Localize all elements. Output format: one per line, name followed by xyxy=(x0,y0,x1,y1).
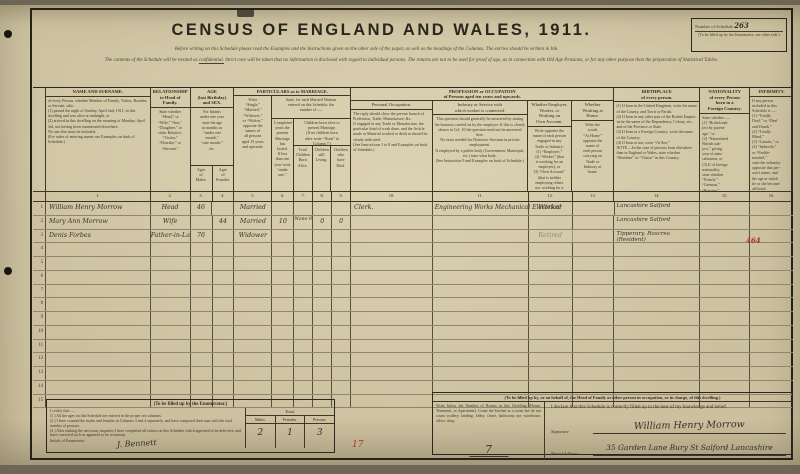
cell: Lancashire Salford xyxy=(614,216,700,229)
table-row: 6 xyxy=(33,271,793,285)
cell xyxy=(573,285,615,298)
census-table: NAME AND SURNAME. of every Person, wheth… xyxy=(33,87,793,408)
cell xyxy=(191,243,213,256)
cell xyxy=(313,326,332,339)
cell xyxy=(212,202,234,215)
column-number: 2. xyxy=(151,192,191,201)
cell xyxy=(294,243,313,256)
cell xyxy=(332,326,351,339)
head-signature: William Henry Morrow xyxy=(634,419,745,432)
column-number: 6. xyxy=(272,192,294,201)
cell xyxy=(213,298,235,311)
cell xyxy=(700,243,750,256)
cell: Married xyxy=(234,202,272,215)
cell xyxy=(294,298,313,311)
cell xyxy=(313,257,332,270)
table-row: 2Mary Ann MorrowWife44Married10None 000L… xyxy=(33,216,793,230)
column-number-row: 1. 2. 3. 4. 5. 6. 7. 8. 9. 10. 11. 12. 1… xyxy=(33,192,793,202)
cell xyxy=(700,202,750,215)
cell xyxy=(700,326,750,339)
column-number: 14. xyxy=(614,192,700,201)
cell xyxy=(313,230,332,243)
cell xyxy=(614,257,700,270)
cell xyxy=(750,202,793,215)
cell xyxy=(332,353,351,366)
table-row: 13 xyxy=(33,367,793,381)
cell xyxy=(614,285,700,298)
header-marital-status: Write “Single,” “Married,” “Widower,” or… xyxy=(234,96,272,191)
cell xyxy=(614,326,700,339)
cell xyxy=(191,271,213,284)
header-age-body: For Infants under one year state the age… xyxy=(191,108,234,165)
header-marriage-intro: State, for each Married Woman entered on… xyxy=(272,96,350,119)
cell: William Henry Morrow xyxy=(46,202,151,215)
column-number: 7. xyxy=(294,192,313,201)
cell xyxy=(332,271,351,284)
cell xyxy=(191,298,213,311)
header-years-married: Completed years the present Marriage has… xyxy=(272,119,294,191)
cell xyxy=(294,367,313,380)
cell xyxy=(332,298,351,311)
cell xyxy=(272,202,294,215)
table-row: 4 xyxy=(33,243,793,257)
row-number: 3 xyxy=(33,230,46,243)
cell xyxy=(700,340,750,353)
header-marriage-group: PARTICULARS as to MARRIAGE. Write “Singl… xyxy=(234,88,351,191)
cell xyxy=(234,312,272,325)
cell xyxy=(272,381,294,394)
cell: Denis Forbes xyxy=(46,230,151,243)
column-number: 16. xyxy=(750,192,793,201)
confidential-pre: The contents of the Schedule will be tre… xyxy=(105,58,199,63)
cell xyxy=(529,216,573,229)
cell xyxy=(151,312,191,325)
cell: Married xyxy=(234,216,272,229)
cell xyxy=(433,312,529,325)
cell xyxy=(294,257,313,270)
declaration-box: I declare that this Schedule is correctl… xyxy=(545,402,792,459)
cell xyxy=(750,298,793,311)
cell xyxy=(351,243,433,256)
row-number: 6 xyxy=(33,271,46,284)
header-name: NAME AND SURNAME. of every Person, wheth… xyxy=(46,88,151,191)
cell xyxy=(529,285,573,298)
cell xyxy=(351,395,433,408)
row-number: 14 xyxy=(33,381,46,394)
cell xyxy=(573,312,615,325)
cell xyxy=(151,243,191,256)
cell xyxy=(272,271,294,284)
cell: 46 xyxy=(191,202,213,215)
column-number: 4. xyxy=(213,192,235,201)
cell xyxy=(294,202,313,215)
totals-persons-value: 3 xyxy=(305,424,334,448)
cell xyxy=(573,202,615,215)
cell xyxy=(573,298,615,311)
table-row: 8 xyxy=(33,298,793,312)
cell xyxy=(750,216,793,229)
header-age-subcolumns: Ages of Males. Ages of Females. xyxy=(191,165,234,191)
form-frame: CENSUS OF ENGLAND AND WALES, 1911. Numbe… xyxy=(30,8,793,460)
cell xyxy=(700,285,750,298)
cell xyxy=(614,312,700,325)
table-row: 12 xyxy=(33,353,793,367)
cell xyxy=(272,340,294,353)
row-number: 13 xyxy=(33,367,46,380)
column-number: 1. xyxy=(46,192,151,201)
rooms-box: Write below the Number of Rooms in this … xyxy=(433,402,545,459)
cell xyxy=(313,340,332,353)
head-of-family-panel: (To be filled up by, or on behalf of, th… xyxy=(432,392,793,455)
header-nationality: NATIONALITY of every Person born in a Fo… xyxy=(700,88,750,191)
cell xyxy=(573,340,615,353)
cell xyxy=(213,243,235,256)
header-birthplace-title: BIRTHPLACE of every person. xyxy=(614,88,699,102)
cell xyxy=(573,216,615,229)
schedule-number-box: Number of Schedule 263 (To be filled up … xyxy=(691,18,787,52)
cell xyxy=(213,271,235,284)
cell: None 0 xyxy=(294,216,313,229)
cell xyxy=(351,216,433,229)
cell: Tipperary. Roscrea (Resident) xyxy=(614,230,700,243)
census-schedule-page: CENSUS OF ENGLAND AND WALES, 1911. Numbe… xyxy=(0,5,800,465)
cell xyxy=(272,298,294,311)
cell xyxy=(573,271,615,284)
row-number: 15 xyxy=(33,395,46,408)
cell xyxy=(213,230,235,243)
cell xyxy=(151,326,191,339)
header-marriage-title: PARTICULARS as to MARRIAGE. xyxy=(234,88,350,96)
cell xyxy=(700,367,750,380)
header-age: AGE (last Birthday) and SEX. For Infants… xyxy=(191,88,235,191)
cell: 44 xyxy=(213,216,235,229)
header-industry: Industry or Service with which worker is… xyxy=(433,101,528,191)
cell xyxy=(191,257,213,270)
cell xyxy=(700,257,750,270)
cell xyxy=(46,381,151,394)
cell xyxy=(700,353,750,366)
cell xyxy=(750,271,793,284)
column-number: 10. xyxy=(351,192,433,201)
enumerator-certification: I certify that :— (1.) All the ages on t… xyxy=(47,408,245,448)
cell: 10 xyxy=(272,216,294,229)
cell xyxy=(294,230,313,243)
cell xyxy=(750,340,793,353)
cell xyxy=(313,298,332,311)
table-row: 11 xyxy=(33,340,793,354)
cell xyxy=(46,243,151,256)
schedule-number-note: (To be filled up by the Enumerator, see … xyxy=(695,33,783,38)
cell xyxy=(272,257,294,270)
cell xyxy=(750,367,793,380)
cell xyxy=(213,326,235,339)
cell xyxy=(529,312,573,325)
cell xyxy=(46,271,151,284)
cell xyxy=(46,312,151,325)
totals-females-label: Females. xyxy=(276,416,306,424)
declaration-text: I declare that this Schedule is correctl… xyxy=(551,405,786,412)
cell xyxy=(234,257,272,270)
cell xyxy=(151,381,191,394)
row-number: 4 xyxy=(33,243,46,256)
cell: Wife xyxy=(151,216,191,229)
cell xyxy=(272,285,294,298)
cell xyxy=(234,285,272,298)
cell: Head xyxy=(151,202,191,215)
cell: Lancashire Salford xyxy=(615,202,701,215)
cell xyxy=(234,298,272,311)
cell xyxy=(234,326,272,339)
cell xyxy=(234,353,272,366)
cell xyxy=(313,202,332,215)
cell xyxy=(700,271,750,284)
cell xyxy=(313,353,332,366)
punch-hole xyxy=(4,30,12,38)
column-number: 9. xyxy=(332,192,351,201)
column-number: 15. xyxy=(700,192,750,201)
row-number: 5 xyxy=(33,257,46,270)
cell xyxy=(529,326,573,339)
header-children-group: Children born alive to present Marriage.… xyxy=(294,119,350,191)
cell: Engineering Works Mechanical Electrical xyxy=(433,202,529,215)
cell xyxy=(573,230,615,243)
header-children-note: Children born alive to present Marriage.… xyxy=(294,119,350,146)
rooms-note: Write below the Number of Rooms in this … xyxy=(436,404,541,424)
cell xyxy=(313,367,332,380)
certify-text: I certify that :— (1.) All the ages on t… xyxy=(50,409,242,438)
row-number-column-header xyxy=(33,88,46,191)
header-personal-occupation: Personal Occupation. The reply should sh… xyxy=(351,101,432,191)
header-occupation-group: PROFESSION or OCCUPATION of Persons aged… xyxy=(351,88,614,191)
row-number: 1 xyxy=(33,202,46,215)
column-number: 12. xyxy=(529,192,573,201)
cell: 0 xyxy=(332,216,351,229)
cell xyxy=(294,285,313,298)
header-children-died: Children who have Died. xyxy=(331,146,350,191)
instructions-line1: Before writing on this Schedule please r… xyxy=(92,47,641,54)
header-birthplace-body: (1) If born in the United Kingdom, write… xyxy=(614,102,699,191)
cell: Worker xyxy=(529,202,573,215)
instructions-line2: The contents of the Schedule will be tre… xyxy=(44,58,779,65)
header-nationality-body: State whether :— (1) “British sub- ject … xyxy=(700,114,749,191)
cell xyxy=(313,285,332,298)
red-annotation-code: 464 xyxy=(746,236,761,245)
cell xyxy=(234,271,272,284)
cell xyxy=(529,271,573,284)
cell xyxy=(272,353,294,366)
red-annotation-mark: 17 xyxy=(352,440,363,450)
column-number: 5. xyxy=(234,192,272,201)
totals-males-label: Males. xyxy=(246,416,276,424)
table-row: 9 xyxy=(33,312,793,326)
confidential-word: confidential. xyxy=(199,58,224,64)
cell xyxy=(529,243,573,256)
cell xyxy=(614,340,700,353)
totals-title: Total. xyxy=(246,408,334,416)
cell xyxy=(213,312,235,325)
header-occupation-title: PROFESSION or OCCUPATION of Persons aged… xyxy=(351,88,613,101)
cell xyxy=(332,257,351,270)
column-number: 8. xyxy=(313,192,332,201)
cell xyxy=(573,367,615,380)
header-children-born: Total Children Born Alive. xyxy=(294,146,313,191)
cell xyxy=(46,326,151,339)
enumerator-signature: J. Bennett xyxy=(117,438,157,450)
cell xyxy=(700,216,750,229)
table-row: 10 xyxy=(33,326,793,340)
cell xyxy=(151,271,191,284)
cell xyxy=(433,243,529,256)
row-number: 10 xyxy=(33,326,46,339)
cell xyxy=(294,353,313,366)
totals-males-value: 2 xyxy=(246,424,276,448)
cell: 0 xyxy=(313,216,332,229)
cell xyxy=(151,285,191,298)
cell xyxy=(151,257,191,270)
cell: Mary Ann Morrow xyxy=(46,216,151,229)
cell xyxy=(433,271,529,284)
row-number: 8 xyxy=(33,298,46,311)
cell xyxy=(191,353,213,366)
cell xyxy=(234,381,272,394)
cell xyxy=(614,243,700,256)
cell xyxy=(151,367,191,380)
punch-hole xyxy=(4,267,12,275)
totals-persons-label: Persons. xyxy=(305,416,334,424)
column-number: 13. xyxy=(573,192,615,201)
cell xyxy=(750,353,793,366)
row-number: 9 xyxy=(33,312,46,325)
table-header: NAME AND SURNAME. of every Person, wheth… xyxy=(33,88,793,192)
header-infirmity-body: If any person included in this Schedule … xyxy=(750,97,793,191)
cell xyxy=(332,312,351,325)
cell xyxy=(332,381,351,394)
cell xyxy=(351,381,433,394)
header-age-title: AGE (last Birthday) and SEX. xyxy=(191,88,234,108)
cell xyxy=(351,312,433,325)
cell xyxy=(213,340,235,353)
cell xyxy=(433,285,529,298)
cell xyxy=(614,367,700,380)
enumerator-box: (To be filled up by the Enumerator.) I c… xyxy=(46,399,335,453)
cell xyxy=(313,243,332,256)
cell xyxy=(191,326,213,339)
cell xyxy=(191,381,213,394)
cell xyxy=(351,298,433,311)
cell xyxy=(529,298,573,311)
header-working-at-home: Whether Working at Home. Write the words… xyxy=(572,101,614,191)
cell xyxy=(614,298,700,311)
cell xyxy=(151,298,191,311)
cell xyxy=(433,216,529,229)
cell xyxy=(332,243,351,256)
cell xyxy=(272,326,294,339)
cell xyxy=(234,340,272,353)
cell xyxy=(46,367,151,380)
table-row: 1William Henry MorrowHead46MarriedClerk.… xyxy=(33,202,793,216)
cell xyxy=(750,326,793,339)
totals-table: Total. Males. Females. Persons. 2 1 3 xyxy=(245,408,334,448)
cell xyxy=(614,353,700,366)
header-relationship: RELATIONSHIP to Head of Family. State wh… xyxy=(151,88,191,191)
cell xyxy=(529,353,573,366)
cell xyxy=(700,230,750,243)
cell xyxy=(313,312,332,325)
cell xyxy=(351,340,433,353)
postal-address-value: 35 Garden Lane Bury St Salford Lancashir… xyxy=(606,443,773,452)
cell xyxy=(151,340,191,353)
cell xyxy=(433,257,529,270)
cell xyxy=(351,230,433,243)
form-title: CENSUS OF ENGLAND AND WALES, 1911. xyxy=(32,21,731,40)
cell xyxy=(213,257,235,270)
cell xyxy=(573,326,615,339)
table-row: 7 xyxy=(33,285,793,299)
cell xyxy=(46,353,151,366)
cell xyxy=(573,353,615,366)
schedule-number-line: Number of Schedule 263 xyxy=(695,21,783,32)
cell xyxy=(332,202,351,215)
row-number: 2 xyxy=(33,216,46,229)
cell xyxy=(234,243,272,256)
cell xyxy=(332,230,351,243)
header-relationship-title: RELATIONSHIP to Head of Family. xyxy=(151,88,190,108)
totals-females-value: 1 xyxy=(276,424,306,448)
table-body: 1William Henry MorrowHead46MarriedClerk.… xyxy=(33,202,793,408)
cell xyxy=(433,230,529,243)
cell: Retired xyxy=(529,230,573,243)
row-number: 7 xyxy=(33,285,46,298)
cell xyxy=(46,298,151,311)
cell xyxy=(272,243,294,256)
row-number: 12 xyxy=(33,353,46,366)
header-ages-of-males: Ages of Males. xyxy=(191,166,213,191)
cell xyxy=(351,271,433,284)
cell xyxy=(191,312,213,325)
header-infirmity-title: INFIRMITY. xyxy=(750,88,793,97)
cell xyxy=(433,298,529,311)
cell xyxy=(313,271,332,284)
cell xyxy=(750,285,793,298)
cell xyxy=(433,326,529,339)
cell xyxy=(332,395,351,408)
cell xyxy=(191,216,213,229)
cell xyxy=(272,367,294,380)
cell: Clerk. xyxy=(351,202,433,215)
cell xyxy=(332,285,351,298)
cell xyxy=(351,353,433,366)
postal-address-label: Postal Address xyxy=(551,451,593,456)
cell: Widower xyxy=(234,230,272,243)
column-number: 3. xyxy=(191,192,213,201)
cell xyxy=(294,312,313,325)
rooms-value: 7 xyxy=(469,443,508,457)
cell xyxy=(351,326,433,339)
cell xyxy=(46,340,151,353)
schedule-number-label: Number of Schedule xyxy=(695,24,733,29)
signature-label: Signature xyxy=(551,429,593,434)
cell xyxy=(294,340,313,353)
header-name-title: NAME AND SURNAME. xyxy=(46,88,150,97)
cell xyxy=(294,381,313,394)
cell xyxy=(433,367,529,380)
cell: 76 xyxy=(191,230,213,243)
cell xyxy=(529,340,573,353)
cell xyxy=(272,230,294,243)
header-married-woman-group: State, for each Married Woman entered on… xyxy=(272,96,350,191)
cell xyxy=(529,257,573,270)
confidential-post: Strict care will be taken that no inform… xyxy=(224,58,718,63)
